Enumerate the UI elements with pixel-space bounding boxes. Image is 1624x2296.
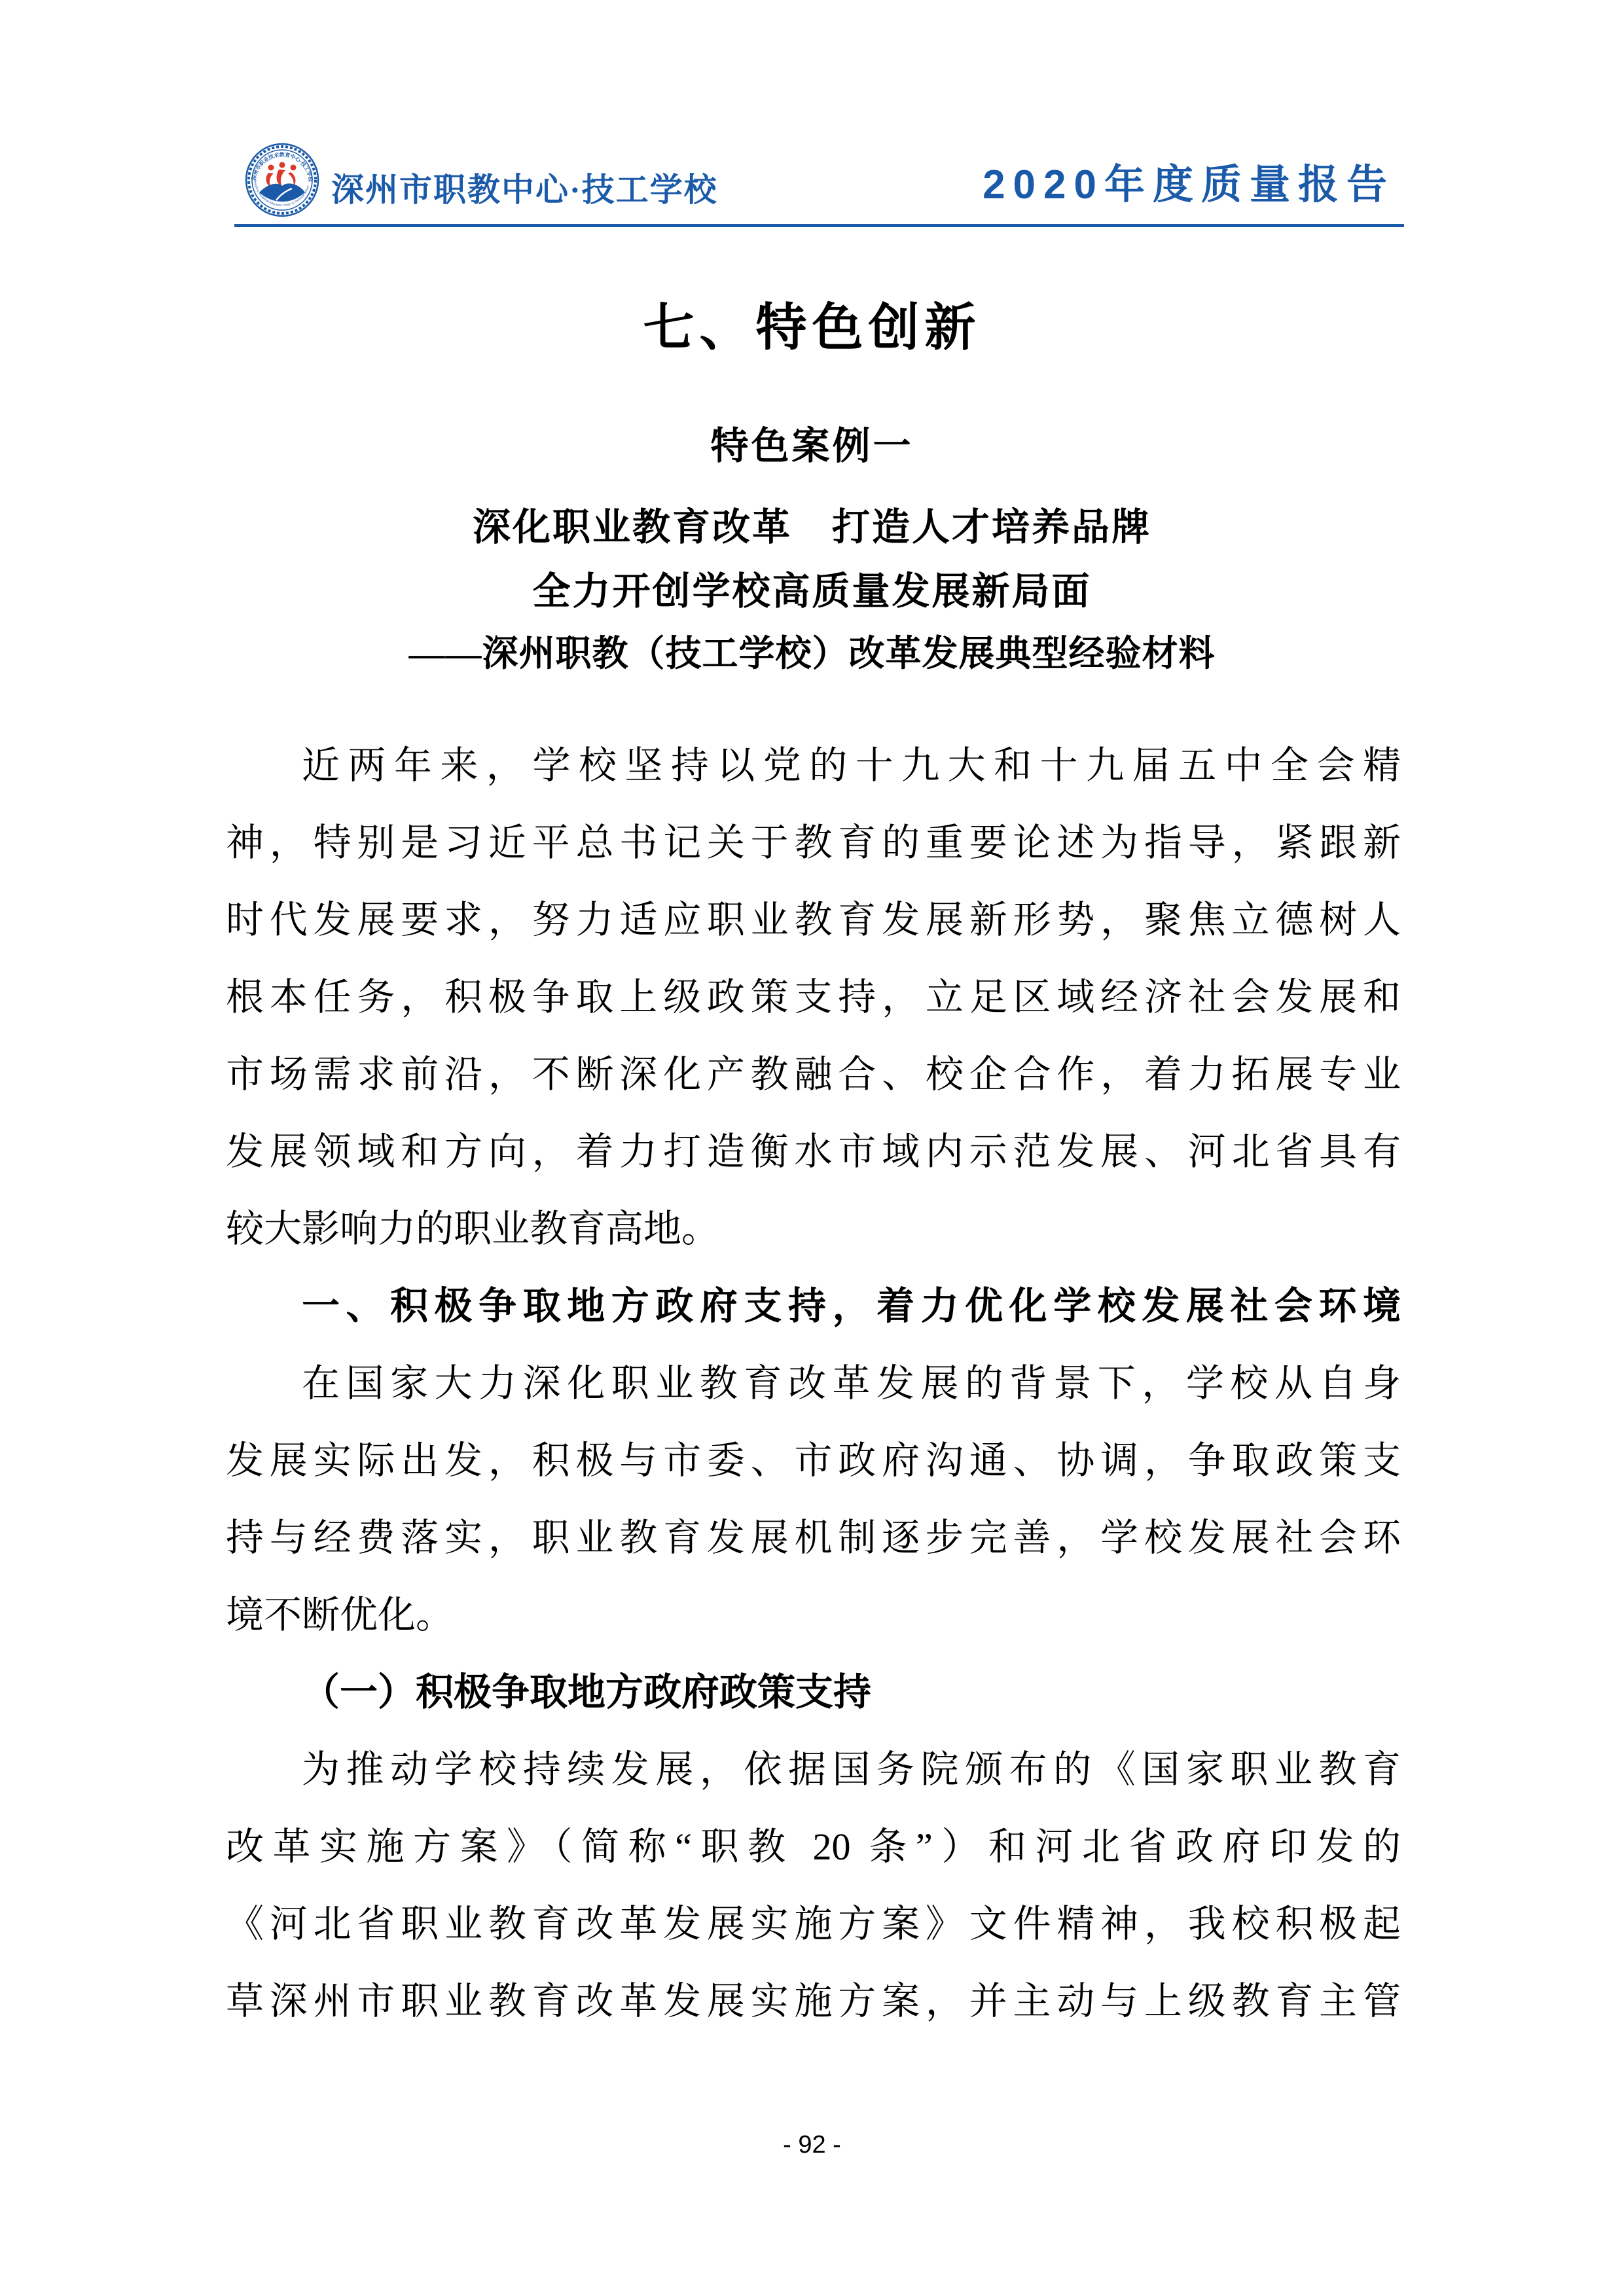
paragraph1-line: 根本任务，积极争取上级政策支持，立足区域经济社会发展和: [226, 959, 1401, 1036]
document-page: 深州市职业技术教育中心·技工学校 Shenzhou Vocational Edu…: [0, 0, 1624, 2296]
header-rule: [234, 224, 1404, 227]
page-number: - 92 -: [0, 2131, 1624, 2159]
headline-line1: 深化职业教育改革 打造人才培养品牌: [0, 496, 1624, 551]
body-text: 近两年来，学校坚持以党的十九大和十九届五中全会精 神，特别是习近平总书记关于教育…: [226, 727, 1401, 2040]
headline-line2: 全力开创学校高质量发展新局面: [0, 560, 1624, 615]
section-title: 七、特色创新: [0, 287, 1624, 360]
paragraph1-line: 时代发展要求，努力适应职业教育发展新形势，聚焦立德树人: [226, 882, 1401, 959]
paragraph2-line: 境不断优化。: [226, 1577, 1401, 1654]
case-label: 特色案例一: [0, 415, 1624, 470]
header-report-title: 2020年度质量报告: [983, 152, 1395, 210]
paragraph1-line: 市场需求前沿，不断深化产教融合、校企合作，着力拓展专业: [226, 1036, 1401, 1113]
paragraph2-line: 在国家大力深化职业教育改革发展的背景下，学校从自身: [226, 1345, 1401, 1422]
paragraph1-line: 神，特别是习近平总书记关于教育的重要论述为指导，紧跟新: [226, 804, 1401, 882]
section-heading-1: 一、积极争取地方政府支持，着力优化学校发展社会环境: [226, 1268, 1401, 1345]
paragraph1-line: 近两年来，学校坚持以党的十九大和十九届五中全会精: [226, 727, 1401, 804]
paragraph3-line: 《河北省职业教育改革发展实施方案》文件精神，我校积极起: [226, 1886, 1401, 1963]
byline: ——深州职教（技工学校）改革发展典型经验材料: [0, 624, 1624, 676]
paragraph1-line: 发展领域和方向，着力打造衡水市域内示范发展、河北省具有: [226, 1113, 1401, 1191]
paragraph1-line: 较大影响力的职业教育高地。: [226, 1191, 1401, 1268]
sub-heading-1: （一）积极争取地方政府政策支持: [226, 1654, 1401, 1731]
header-school-name: 深州市职教中心·技工学校: [331, 164, 718, 211]
paragraph3-line: 改革实施方案》（简称“职教 20 条”）和河北省政府印发的: [226, 1808, 1401, 1886]
paragraph3-line: 为推动学校持续发展，依据国务院颁布的《国家职业教育: [226, 1731, 1401, 1808]
paragraph2-line: 发展实际出发，积极与市委、市政府沟通、协调，争取政策支: [226, 1422, 1401, 1499]
school-logo: 深州市职业技术教育中心·技工学校 Shenzhou Vocational Edu…: [245, 143, 319, 217]
paragraph3-line: 草深州市职业教育改革发展实施方案，并主动与上级教育主管: [226, 1963, 1401, 2040]
paragraph2-line: 持与经费落实，职业教育发展机制逐步完善，学校发展社会环: [226, 1499, 1401, 1577]
